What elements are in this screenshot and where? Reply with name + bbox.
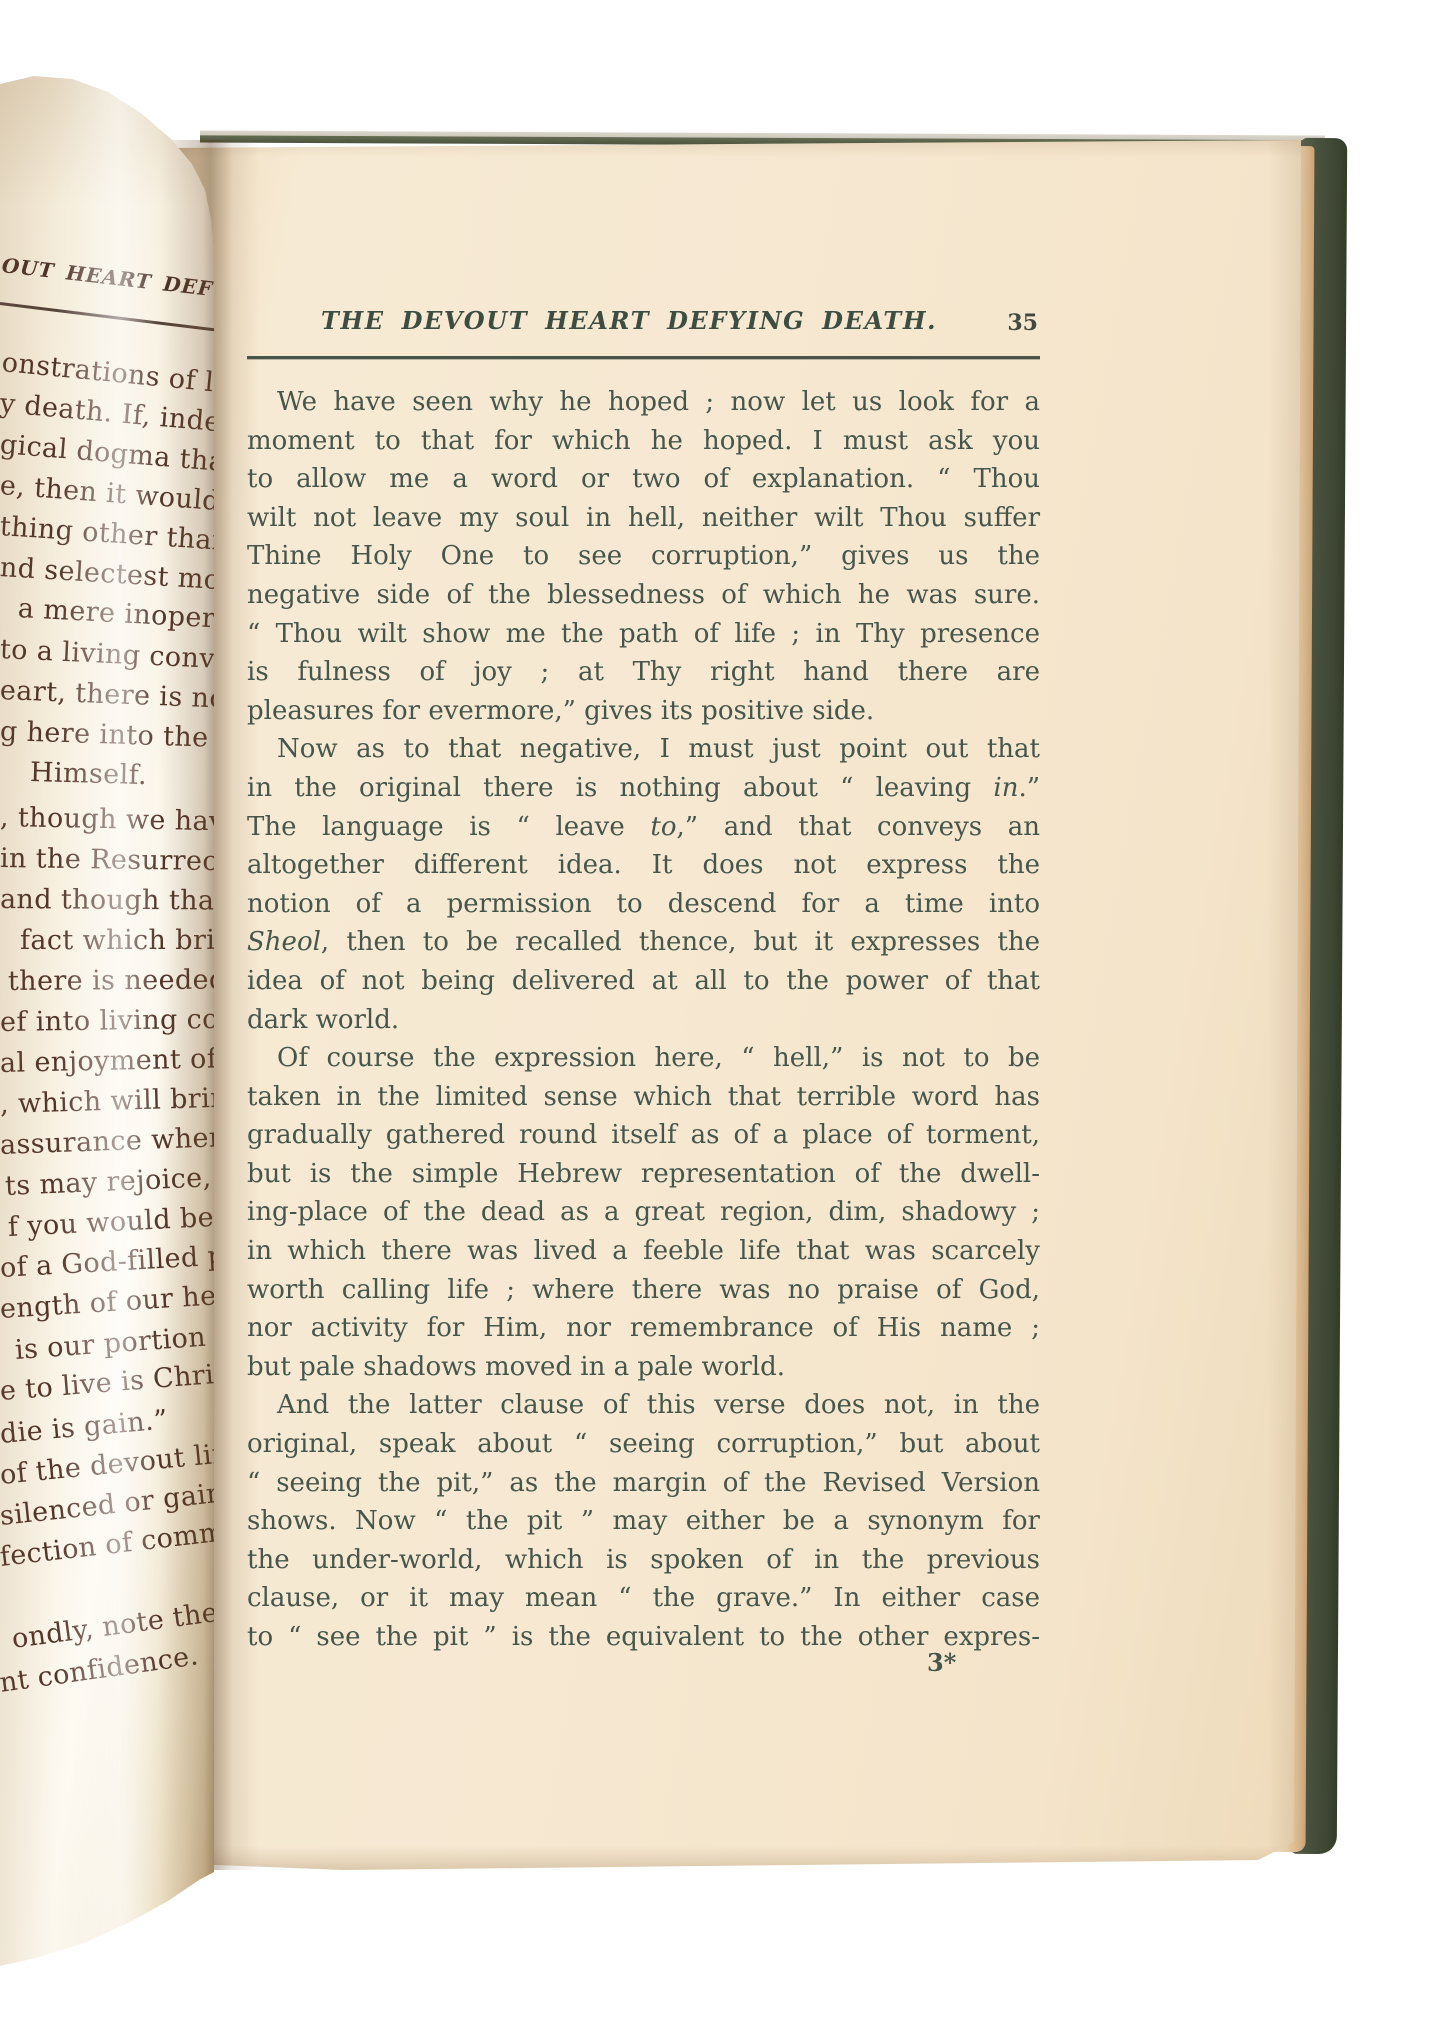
text-line: We have seen why he hoped ; now let us l… <box>247 383 1040 422</box>
text-line: Himself. <box>30 757 148 791</box>
text-line: , which will bring to us, as <box>0 1079 214 1120</box>
text-line: clause, or it may mean “ the grave.” In … <box>247 1579 1040 1618</box>
open-book-photo: THE DEVOUT HEART DEFYING DEATH. 35 We ha… <box>0 0 1445 2023</box>
text-line: is fulness of joy ; at Thy right hand th… <box>247 653 1040 692</box>
text-line: die is gain.” <box>0 1404 169 1450</box>
text-line: And the latter clause of this verse does… <box>247 1386 1040 1425</box>
running-head: THE DEVOUT HEART DEFYING DEATH. <box>247 306 1040 335</box>
text-line: dark world. <box>247 1001 1040 1040</box>
text-line: nor activity for Him, nor remembrance of… <box>247 1309 1040 1348</box>
text-line: “ seeing the pit,” as the margin of the … <box>247 1464 1040 1503</box>
text-line: to allow me a word or two of explanation… <box>247 460 1040 499</box>
left-page-curled: OUT HEART DEFYING DEATH onstrations of l… <box>0 74 214 1974</box>
text-line: f you would be sure of a <box>7 1195 214 1242</box>
text-line: in the Resurrection and As <box>0 843 214 879</box>
text-line: Now as to that negative, I must just poi… <box>247 730 1040 769</box>
text-line: and though that historic <box>0 884 214 917</box>
text-line: in which there was lived a feeble life t… <box>247 1232 1040 1271</box>
text-line: Of course the expression here, “ hell,” … <box>247 1039 1040 1078</box>
text-line: the under-world, which is spoken of in t… <box>247 1541 1040 1580</box>
text-line: but pale shadows moved in a pale world. <box>247 1348 1040 1387</box>
text-line: to a living conviction that <box>0 634 214 681</box>
text-line: there is needed for the <box>8 964 214 997</box>
text-line: shows. Now “ the pit ” may either be a s… <box>247 1502 1040 1541</box>
text-line: taken in the limited sense which that te… <box>247 1078 1040 1117</box>
right-page-text-block: THE DEVOUT HEART DEFYING DEATH. 35 We ha… <box>247 140 1040 1872</box>
text-line: Sheol, then to be recalled thence, but i… <box>247 923 1040 962</box>
text-line: al enjoyment of God and Hi <box>0 1040 214 1079</box>
text-line: gradually gathered round itself as of a … <box>247 1116 1040 1155</box>
header-rule <box>247 356 1040 359</box>
running-head-fragment: OUT HEART DEFYING DEATH <box>1 253 214 319</box>
text-line: negative side of the blessedness of whic… <box>247 576 1040 615</box>
text-line: altogether different idea. It does not e… <box>247 846 1040 885</box>
text-line: fact which brings life <box>20 925 214 956</box>
text-line: moment to that for which he hoped. I mus… <box>247 422 1040 461</box>
text-line: eart, there is no surer way <box>0 675 214 720</box>
text-line: in the original there is nothing about “… <box>247 769 1040 808</box>
right-page: THE DEVOUT HEART DEFYING DEATH. 35 We ha… <box>163 140 1303 1872</box>
text-line: , though we have the objecti <box>0 802 214 841</box>
text-line: ing-place of the dead as a great region,… <box>247 1193 1040 1232</box>
text-line: original, speak about “ seeing corruptio… <box>247 1425 1040 1464</box>
text-line: The language is “ leave to,” and that co… <box>247 808 1040 847</box>
text-line: assurance wherein our hea <box>0 1117 214 1161</box>
text-line: idea of not being delivered at all to th… <box>247 962 1040 1001</box>
text-line: Thine Holy One to see corruption,” gives… <box>247 537 1040 576</box>
text-line: but is the simple Hebrew representation … <box>247 1155 1040 1194</box>
text-line: a mere inoperative belie <box>17 593 214 642</box>
page-number: 35 <box>1007 310 1038 336</box>
text-line: ef into living confidence th <box>0 1002 214 1038</box>
body-text: We have seen why he hoped ; now let us l… <box>247 383 1040 1657</box>
text-line: “ Thou wilt show me the path of life ; i… <box>247 615 1040 654</box>
text-line: worth calling life ; where there was no … <box>247 1271 1040 1310</box>
text-line: to “ see the pit ” is the equivalent to … <box>247 1618 1040 1657</box>
text-line: pleasures for evermore,” gives its posit… <box>247 692 1040 731</box>
text-line: g here into the blessedne <box>0 716 214 758</box>
signature-mark: 3* <box>927 1648 956 1677</box>
text-line: wilt not leave my soul in hell, neither … <box>247 499 1040 538</box>
text-line: notion of a permission to descend for a … <box>247 885 1040 924</box>
text-line: ts may rejoice, and our <box>4 1157 214 1202</box>
header-rule-fragment <box>0 302 214 335</box>
